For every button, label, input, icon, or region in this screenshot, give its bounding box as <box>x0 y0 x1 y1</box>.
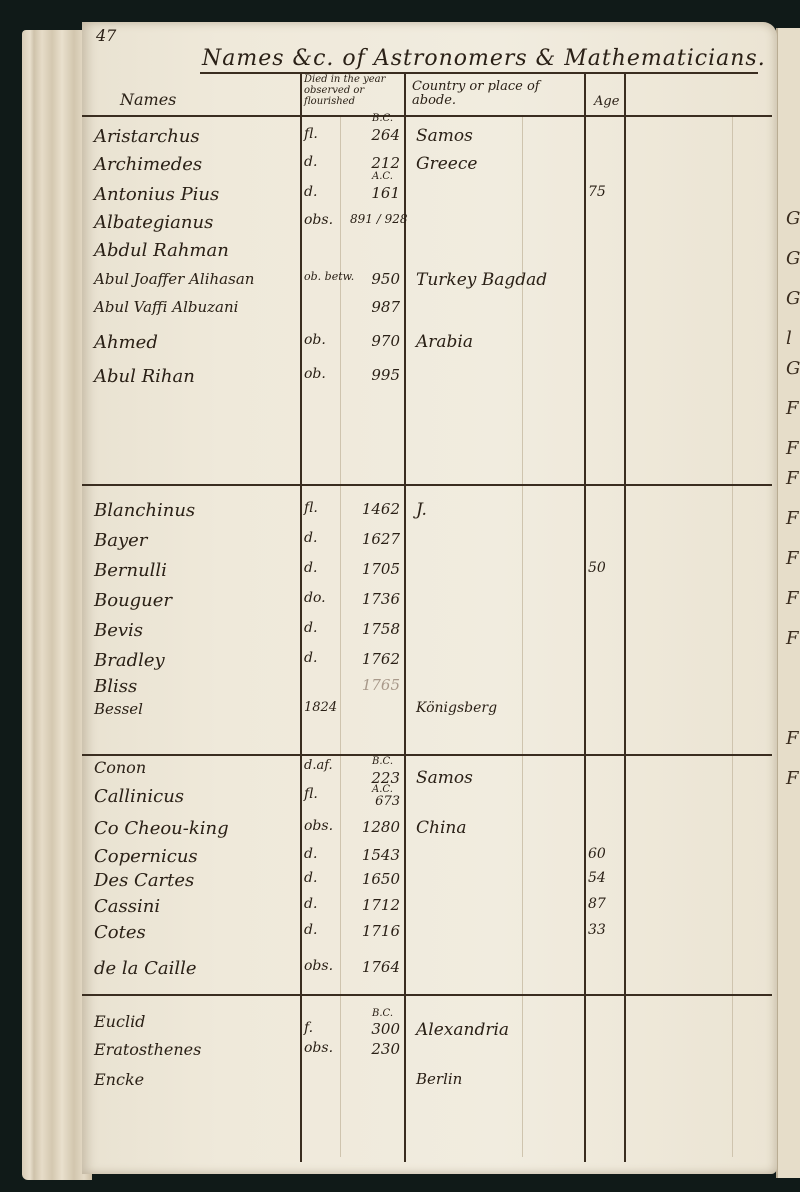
name-cell: Bliss <box>94 676 137 697</box>
mark-cell: obs. <box>304 818 333 834</box>
year-cell: 970 <box>350 332 400 350</box>
year-cell: 1716 <box>350 922 400 940</box>
place-cell: Berlin <box>416 1070 462 1088</box>
mark-cell: d. <box>304 846 317 862</box>
name-cell: Bernulli <box>94 560 167 581</box>
table-row: Bessel 1824 Königsberg <box>82 700 777 726</box>
year-cell: 987 <box>350 298 400 316</box>
name-cell: Albategianus <box>94 212 213 233</box>
mark-cell: d. <box>304 922 317 938</box>
title-rule <box>200 72 758 74</box>
mark-cell: fl. <box>304 786 318 802</box>
mark-cell: ob. betw. <box>304 270 354 283</box>
year-cell: 1627 <box>350 530 400 548</box>
year-cell: 950 <box>350 270 400 288</box>
table-row: Antonius Pius d. A.C. 161 75 <box>82 184 777 210</box>
year-cell: 264 <box>350 126 400 144</box>
mark-cell: obs. <box>304 958 333 974</box>
name-cell: Co Cheou-king <box>94 818 229 839</box>
mark-cell: d. <box>304 530 317 546</box>
year-cell: 1705 <box>350 560 400 578</box>
table-row: Co Cheou-king obs. 1280 China <box>82 818 777 844</box>
mark-cell: d. <box>304 896 317 912</box>
place-cell: Turkey Bagdad <box>416 270 547 290</box>
year-cell: 1650 <box>350 870 400 888</box>
place-cell: Samos <box>416 768 473 788</box>
name-cell: Blanchinus <box>94 500 195 521</box>
table-row: Bayer d. 1627 <box>82 530 777 556</box>
table-row: Abul Vaffi Albuzani 987 <box>82 298 777 324</box>
name-cell: Bayer <box>94 530 147 551</box>
table-row: Eratosthenes obs. 230 <box>82 1040 777 1066</box>
table-row: Bernulli d. 1705 50 <box>82 560 777 586</box>
mark-cell: d. <box>304 560 317 576</box>
place-cell: Königsberg <box>416 700 497 716</box>
year-cell: 1758 <box>350 620 400 638</box>
year-cell: 673 <box>350 794 400 809</box>
year-cell: 1736 <box>350 590 400 608</box>
name-cell: Bradley <box>94 650 165 671</box>
name-cell: Encke <box>94 1070 144 1089</box>
mark-cell: fl. <box>304 126 318 142</box>
mark-cell: do. <box>304 590 326 606</box>
mark-cell: d.af. <box>304 758 333 773</box>
mark-cell: d. <box>304 870 317 886</box>
place-cell: Alexandria <box>416 1020 509 1040</box>
section-divider-e <box>82 994 772 996</box>
name-cell: Callinicus <box>94 786 184 807</box>
table-row: Blanchinus fl. 1462 J. <box>82 500 777 526</box>
mark-cell: ob. <box>304 366 326 382</box>
header-country: Country or place of abode. <box>412 80 572 108</box>
header-died: Died in the year observed or flourished <box>304 74 400 107</box>
mark-cell: d. <box>304 620 317 636</box>
year-cell: 891 / 928 <box>350 212 400 226</box>
year-cell: 1762 <box>350 650 400 668</box>
mark-cell: d. <box>304 154 317 170</box>
year-cell: 161 <box>350 184 400 202</box>
table-row: Albategianus obs. 891 / 928 <box>82 212 777 238</box>
place-cell: Arabia <box>416 332 473 352</box>
place-cell: J. <box>416 500 427 520</box>
header-age: Age <box>594 96 619 107</box>
era-cell: B.C. <box>372 113 393 124</box>
table-row: de la Caille obs. 1764 <box>82 958 777 984</box>
name-cell: Bessel <box>94 700 143 718</box>
name-cell: de la Caille <box>94 958 197 979</box>
age-cell: 60 <box>588 846 606 862</box>
year-cell: 1462 <box>350 500 400 518</box>
year-cell: 212 <box>350 154 400 172</box>
name-cell: Euclid <box>94 1012 145 1031</box>
age-cell: 87 <box>588 896 606 912</box>
year-cell: 1712 <box>350 896 400 914</box>
name-cell: Copernicus <box>94 846 198 867</box>
table-row: Bevis d. 1758 <box>82 620 777 646</box>
name-cell: Abul Vaffi Albuzani <box>94 298 238 316</box>
name-cell: Conon <box>94 758 146 777</box>
era-cell: B.C. <box>372 1008 393 1019</box>
mark-cell: obs. <box>304 212 333 228</box>
header-bottom-rule <box>82 115 772 117</box>
mark-cell: obs. <box>304 1040 333 1056</box>
table-row: Abul Rihan ob. 995 <box>82 366 777 392</box>
year-cell: 995 <box>350 366 400 384</box>
year-cell: 1543 <box>350 846 400 864</box>
mark-cell: d. <box>304 650 317 666</box>
mark-cell: d. <box>304 184 317 200</box>
table-row: Cassini d. 1712 87 <box>82 896 777 922</box>
name-cell: Abul Joaffer Alihasan <box>94 270 254 288</box>
mark-cell: f. <box>304 1020 313 1036</box>
table-row: Cotes d. 1716 33 <box>82 922 777 948</box>
section-divider-b <box>82 484 772 486</box>
era-cell: B.C. <box>372 756 393 767</box>
year-cell: 1765 <box>350 676 400 694</box>
age-cell: 33 <box>588 922 606 938</box>
year-cell: 300 <box>350 1020 400 1038</box>
table-row: Bouguer do. 1736 <box>82 590 777 616</box>
name-cell: Aristarchus <box>94 126 200 147</box>
age-cell: 54 <box>588 870 606 886</box>
table-row: Euclid f. B.C. 300 Alexandria <box>82 1012 777 1038</box>
table-row: Abul Joaffer Alihasan ob. betw. 950 Turk… <box>82 270 777 296</box>
name-cell: Bouguer <box>94 590 172 611</box>
name-cell: Abdul Rahman <box>94 240 229 261</box>
name-cell: Antonius Pius <box>94 184 219 205</box>
table-row: Callinicus fl. A.C. 673 <box>82 786 777 812</box>
place-cell: Greece <box>416 154 477 174</box>
mark-cell: fl. <box>304 500 318 516</box>
mark-cell: ob. <box>304 332 326 348</box>
facing-page-edge: GGGlG FFFFFFFFF <box>776 28 800 1178</box>
header-names: Names <box>120 90 176 109</box>
section-divider-c <box>82 754 772 756</box>
ledger-page: 47 Names &c. of Astronomers & Mathematic… <box>82 22 777 1174</box>
mark-cell: 1824 <box>304 700 337 715</box>
table-row: Copernicus d. 1543 60 <box>82 846 777 872</box>
name-cell: Eratosthenes <box>94 1040 201 1059</box>
age-cell: 50 <box>588 560 606 576</box>
table-row: Des Cartes d. 1650 54 <box>82 870 777 896</box>
year-cell: 230 <box>350 1040 400 1058</box>
table-row: Archimedes d. 212 Greece <box>82 154 777 180</box>
name-cell: Archimedes <box>94 154 202 175</box>
name-cell: Ahmed <box>94 332 158 353</box>
table-row: Ahmed ob. 970 Arabia <box>82 332 777 358</box>
name-cell: Abul Rihan <box>94 366 195 387</box>
page-number: 47 <box>96 26 116 45</box>
table-row: Bradley d. 1762 <box>82 650 777 676</box>
name-cell: Cassini <box>94 896 160 917</box>
age-cell: 75 <box>588 184 606 200</box>
place-cell: Samos <box>416 126 473 146</box>
name-cell: Bevis <box>94 620 143 641</box>
table-row: Conon d.af. B.C. 223 Samos <box>82 758 777 784</box>
era-cell: A.C. <box>372 171 393 182</box>
name-cell: Cotes <box>94 922 146 943</box>
page-title: Names &c. of Astronomers & Mathematician… <box>202 46 766 71</box>
table-row: Aristarchus fl. B.C. 264 Samos <box>82 126 777 152</box>
year-cell: 1764 <box>350 958 400 976</box>
table-row: Encke Berlin <box>82 1070 777 1096</box>
year-cell: 1280 <box>350 818 400 836</box>
name-cell: Des Cartes <box>94 870 194 891</box>
table-row: Bliss 1765 <box>82 676 777 702</box>
place-cell: China <box>416 818 466 838</box>
table-row: Abdul Rahman <box>82 240 777 266</box>
